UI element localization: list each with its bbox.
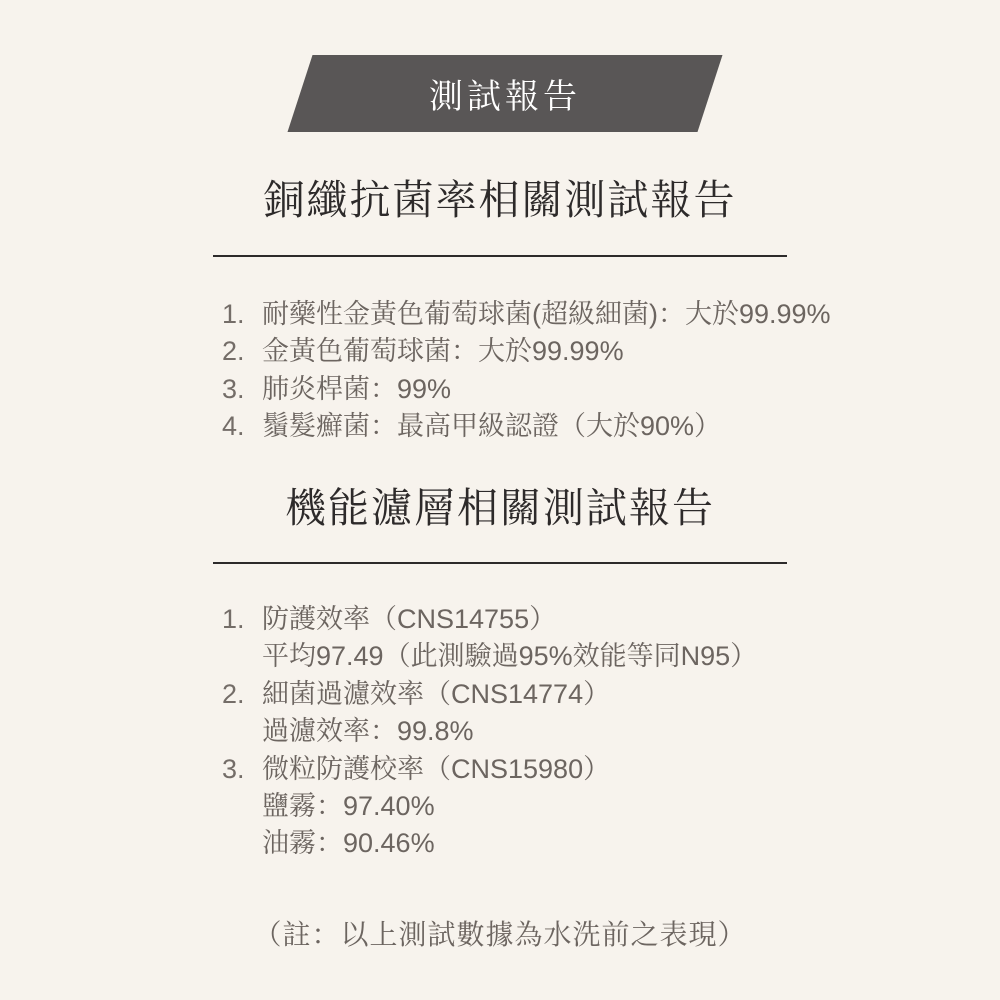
item-number-spacer — [222, 638, 262, 675]
item-text: 鹽霧：97.40% — [262, 788, 435, 825]
section1-divider — [213, 255, 787, 257]
item-text: 過濾效率：99.8% — [262, 713, 474, 750]
list-item: 3. 肺炎桿菌：99% — [222, 371, 831, 408]
list-item-subline: 過濾效率：99.8% — [222, 713, 757, 750]
section1-list: 1. 耐藥性金黃色葡萄球菌(超級細菌)：大於99.99% 2. 金黃色葡萄球菌：… — [222, 296, 831, 446]
list-item: 2. 細菌過濾效率（CNS14774） — [222, 676, 757, 713]
list-item: 1. 防護效率（CNS14755） — [222, 601, 757, 638]
item-text: 金黃色葡萄球菌：大於99.99% — [262, 333, 624, 370]
item-number: 3. — [222, 751, 262, 788]
item-number-spacer — [222, 788, 262, 825]
section1-title: 銅纖抗菌率相關測試報告 — [0, 167, 1000, 226]
list-item: 3. 微粒防護校率（CNS15980） — [222, 751, 757, 788]
list-item-subline: 油霧：90.46% — [222, 825, 757, 862]
item-number: 2. — [222, 333, 262, 370]
list-item-subline: 平均97.49（此測驗過95%效能等同N95） — [222, 638, 757, 675]
test-report-page: 測試報告 銅纖抗菌率相關測試報告 1. 耐藥性金黃色葡萄球菌(超級細菌)：大於9… — [0, 0, 1000, 1000]
section2-list: 1. 防護效率（CNS14755） 平均97.49（此測驗過95%效能等同N95… — [222, 601, 757, 863]
item-text: 防護效率（CNS14755） — [262, 601, 556, 638]
list-item: 1. 耐藥性金黃色葡萄球菌(超級細菌)：大於99.99% — [222, 296, 831, 333]
list-item: 2. 金黃色葡萄球菌：大於99.99% — [222, 333, 831, 370]
section2-divider — [213, 562, 787, 564]
banner-ribbon: 測試報告 — [287, 55, 722, 132]
item-text: 肺炎桿菌：99% — [262, 371, 451, 408]
item-text: 耐藥性金黃色葡萄球菌(超級細菌)：大於99.99% — [262, 296, 831, 333]
item-text: 平均97.49（此測驗過95%效能等同N95） — [262, 638, 757, 675]
item-number: 4. — [222, 408, 262, 445]
banner-title: 測試報告 — [429, 69, 581, 118]
item-text: 油霧：90.46% — [262, 825, 435, 862]
section2-title: 機能濾層相關測試報告 — [0, 475, 1000, 534]
item-number: 1. — [222, 296, 262, 333]
item-number-spacer — [222, 713, 262, 750]
list-item: 4. 鬚髮癬菌：最高甲級認證（大於90%） — [222, 408, 831, 445]
item-number: 2. — [222, 676, 262, 713]
item-number: 3. — [222, 371, 262, 408]
item-text: 細菌過濾效率（CNS14774） — [262, 676, 610, 713]
item-number: 1. — [222, 601, 262, 638]
list-item-subline: 鹽霧：97.40% — [222, 788, 757, 825]
footer-note: （註：以上測試數據為水洗前之表現） — [0, 913, 1000, 953]
item-text: 微粒防護校率（CNS15980） — [262, 751, 610, 788]
item-number-spacer — [222, 825, 262, 862]
item-text: 鬚髮癬菌：最高甲級認證（大於90%） — [262, 408, 721, 445]
